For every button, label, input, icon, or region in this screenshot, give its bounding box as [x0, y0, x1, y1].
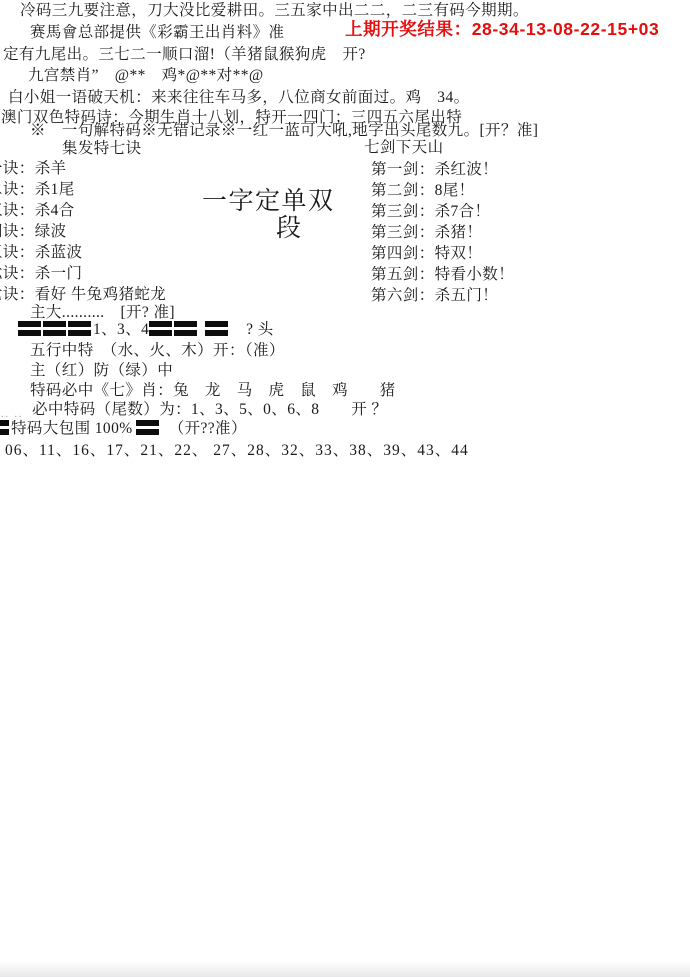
left-item-2: 二诀：杀1尾: [0, 181, 75, 199]
right-item-2: 第二剑：8尾！: [371, 182, 475, 200]
nine-tail-line: 定有九尾出。三七二一顺口溜!（羊猪鼠猴狗虎 开?: [3, 46, 366, 64]
left-column-title: 集发特七诀: [62, 140, 142, 158]
jiugong-jinxiao-line: 九宫禁肖” @** 鸡*@**对**@: [28, 67, 264, 85]
redacted-heads-text: 1、3、4: [93, 321, 149, 338]
redaction-bar-icon: [0, 420, 9, 435]
one-sentence-line: ※ 一句解特码※无错记录※一红一蓝可大吼,地字出头尾数九。[开？准]: [30, 122, 538, 140]
redaction-bar-icon: [149, 321, 172, 336]
right-item-5: 第四剑：特双！: [371, 245, 482, 263]
center-banner-line2: 段: [276, 215, 303, 243]
right-column-title: 七剑下天山: [364, 139, 444, 157]
baixiaojie-line: 白小姐一语破天机：来来往往车马多，八位商女前面过。鸡 34。: [8, 89, 470, 107]
lottery-tip-sheet: 冷码三九要注意，刀大没比爱耕田。三五家中出二二，二三有码今期期。 赛馬會总部提供…: [0, 0, 690, 977]
left-item-6: 六诀：杀一门: [0, 265, 82, 283]
big-wrap-line: 特码大包围 100% （开??准）: [0, 420, 247, 438]
right-item-7: 第六剑：杀五门！: [371, 287, 498, 305]
right-item-3: 第三剑：杀7合！: [371, 203, 490, 221]
redaction-bar-icon: [174, 321, 197, 336]
left-item-7: 七诀：看好 牛兔鸡猪蛇龙: [0, 286, 166, 304]
right-item-4: 第三剑：杀猪！: [371, 224, 482, 242]
page-bottom-shade: [0, 961, 690, 977]
five-elements-line: 五行中特 （水、火、木）开：（准）: [30, 342, 285, 360]
redaction-bar-icon: [205, 321, 228, 336]
redaction-bar-icon: [68, 321, 91, 336]
big-wrap-text: 特码大包围 100%: [11, 420, 133, 437]
left-item-3: 三诀：杀4合: [0, 202, 75, 220]
big-wrap-tail: （开??准）: [161, 420, 247, 437]
redacted-heads-tail: ? 头: [230, 321, 273, 338]
redaction-bar-icon: [18, 321, 41, 336]
jockey-club-line: 赛馬會总部提供《彩霸王出肖料》准: [30, 24, 284, 42]
zhuda-line: 主大.......... [开? 准]: [30, 304, 175, 322]
number-list-line: 06、11、16、17、21、22、 27、28、32、33、38、39、43、…: [5, 442, 469, 460]
tail-numbers-line: 必中特码（尾数）为：1、3、5、0、6、8 开 ？: [32, 401, 387, 419]
right-item-1: 第一剑：杀红波！: [371, 161, 498, 179]
cold-code-line: 冷码三九要注意，刀大没比爱耕田。三五家中出二二，二三有码今期期。: [20, 2, 529, 20]
left-item-4: 四诀：绿波: [0, 223, 67, 241]
redaction-bar-icon: [43, 321, 66, 336]
redaction-bar-icon: [136, 420, 159, 435]
last-draw-result: 上期开奖结果：28-34-13-08-22-15+03: [345, 20, 659, 38]
seven-zodiac-line: 特码必中《七》肖：兔 龙 马 虎 鼠 鸡 猪: [30, 382, 396, 400]
center-banner-line1: 一字定单双: [202, 188, 335, 216]
red-green-line: 主（红）防（绿）中: [30, 362, 173, 380]
right-item-6: 第五剑：特看小数！: [371, 266, 514, 284]
left-item-1: 一诀：杀羊: [0, 160, 67, 178]
redacted-heads-line: 1、3、4 ? 头: [18, 321, 274, 339]
left-item-5: 五诀：杀蓝波: [0, 244, 82, 262]
